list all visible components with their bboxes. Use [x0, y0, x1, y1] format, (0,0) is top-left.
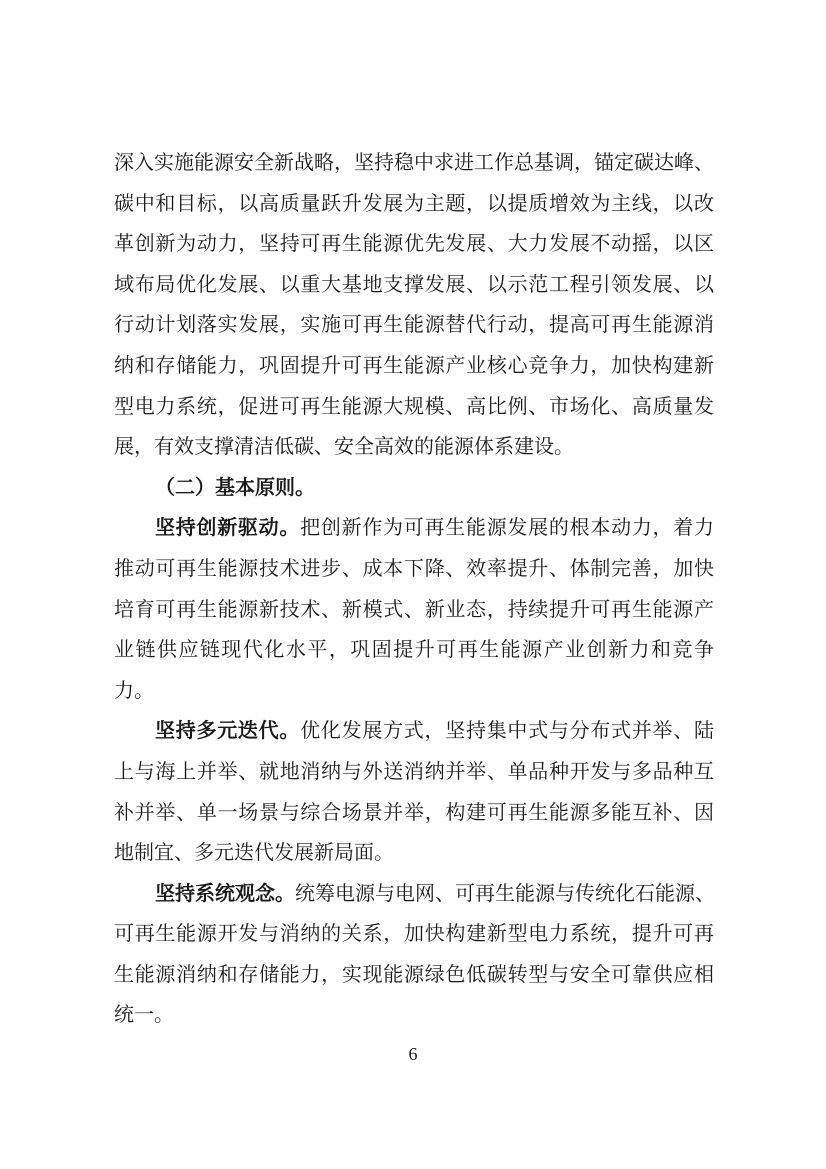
principle-title: 坚持系统观念。 — [155, 881, 295, 905]
principle-systems: 坚持系统观念。统筹电源与电网、可再生能源与传统化石能源、 可再生能源开发与消纳的… — [114, 873, 714, 1035]
principle-title: 坚持多元迭代。 — [155, 718, 300, 742]
text-line: 地制宜、多元迭代发展新局面。 — [114, 832, 714, 873]
text-line: 坚持多元迭代。优化发展方式，坚持集中式与分布式并举、陆 — [114, 710, 714, 751]
document-body: 深入实施能源安全新战略，坚持稳中求进工作总基调，锚定碳达峰、 碳中和目标，以高质… — [114, 142, 714, 1035]
principle-text: 把创新作为可再生能源发展的根本动力，着力 — [300, 515, 714, 539]
text-line: 深入实施能源安全新战略，坚持稳中求进工作总基调，锚定碳达峰、 — [114, 142, 714, 183]
text-line: 碳中和目标，以高质量跃升发展为主题，以提质增效为主线，以改 — [114, 183, 714, 224]
text-line: 培育可再生能源新技术、新模式、新业态，持续提升可再生能源产 — [114, 589, 714, 630]
text-line: 上与海上并举、就地消纳与外送消纳并举、单品种开发与多品种互 — [114, 751, 714, 792]
intro-paragraph: 深入实施能源安全新战略，坚持稳中求进工作总基调，锚定碳达峰、 碳中和目标，以高质… — [114, 142, 714, 467]
text-line: 行动计划落实发展，实施可再生能源替代行动，提高可再生能源消 — [114, 304, 714, 345]
text-line: 坚持系统观念。统筹电源与电网、可再生能源与传统化石能源、 — [114, 873, 714, 914]
text-line: 域布局优化发展、以重大基地支撑发展、以示范工程引领发展、以 — [114, 264, 714, 305]
principle-innovation: 坚持创新驱动。把创新作为可再生能源发展的根本动力，着力 推动可再生能源技术进步、… — [114, 507, 714, 710]
text-line: 统一。 — [114, 994, 714, 1035]
document-page: 深入实施能源安全新战略，坚持稳中求进工作总基调，锚定碳达峰、 碳中和目标，以高质… — [0, 0, 826, 1169]
text-line: 业链供应链现代化水平，巩固提升可再生能源产业创新力和竞争 — [114, 629, 714, 670]
text-line: 坚持创新驱动。把创新作为可再生能源发展的根本动力，着力 — [114, 507, 714, 548]
principle-title: 坚持创新驱动。 — [155, 515, 300, 539]
text-line: 展，有效支撑清洁低碳、安全高效的能源体系建设。 — [114, 426, 714, 467]
text-line: 型电力系统，促进可再生能源大规模、高比例、市场化、高质量发 — [114, 386, 714, 427]
principle-text: 优化发展方式，坚持集中式与分布式并举、陆 — [300, 718, 714, 742]
text-line: 纳和存储能力，巩固提升可再生能源产业核心竞争力，加快构建新 — [114, 345, 714, 386]
text-line: 革创新为动力，坚持可再生能源优先发展、大力发展不动摇，以区 — [114, 223, 714, 264]
principle-diversity: 坚持多元迭代。优化发展方式，坚持集中式与分布式并举、陆 上与海上并举、就地消纳与… — [114, 710, 714, 872]
principle-text: 统筹电源与电网、可再生能源与传统化石能源、 — [295, 881, 715, 905]
text-line: 力。 — [114, 670, 714, 711]
page-number: 6 — [0, 1044, 826, 1065]
text-line: 生能源消纳和存储能力，实现能源绿色低碳转型与安全可靠供应相 — [114, 954, 714, 995]
text-line: 补并举、单一场景与综合场景并举，构建可再生能源多能互补、因 — [114, 792, 714, 833]
text-line: 可再生能源开发与消纳的关系，加快构建新型电力系统，提升可再 — [114, 913, 714, 954]
section-heading: （二）基本原则。 — [114, 467, 714, 508]
text-line: 推动可再生能源技术进步、成本下降、效率提升、体制完善，加快 — [114, 548, 714, 589]
